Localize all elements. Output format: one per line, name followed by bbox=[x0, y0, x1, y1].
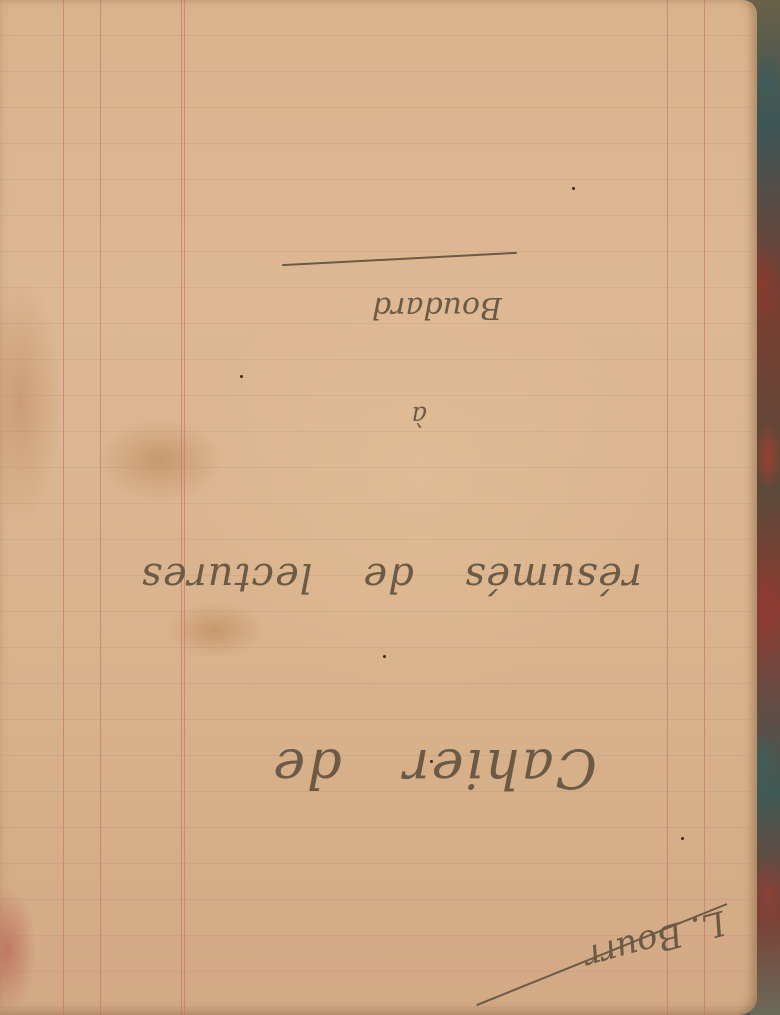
scanned-page: Cahierde résumésdelectures à Boudard L. … bbox=[0, 0, 780, 1015]
title-handwriting: Cahierde bbox=[271, 737, 597, 800]
preposition-handwriting: à bbox=[411, 400, 427, 430]
title-word-1: Cahier bbox=[402, 737, 597, 800]
subtitle-word-1: résumés bbox=[464, 554, 642, 600]
subtitle-word-3: lectures bbox=[140, 554, 312, 600]
subtitle-word-2: de bbox=[363, 554, 414, 600]
name-underline-stroke bbox=[282, 252, 517, 266]
recipient-name: Boudard bbox=[372, 290, 502, 325]
subtitle-handwriting: résumésdelectures bbox=[140, 554, 642, 600]
signature: L. Bourr bbox=[580, 902, 730, 978]
signature-flourish-stroke bbox=[476, 903, 727, 1006]
handwriting-layer: Cahierde résumésdelectures à Boudard L. … bbox=[0, 0, 757, 1015]
notebook-page: Cahierde résumésdelectures à Boudard L. … bbox=[0, 0, 757, 1015]
title-word-2: de bbox=[271, 737, 342, 800]
